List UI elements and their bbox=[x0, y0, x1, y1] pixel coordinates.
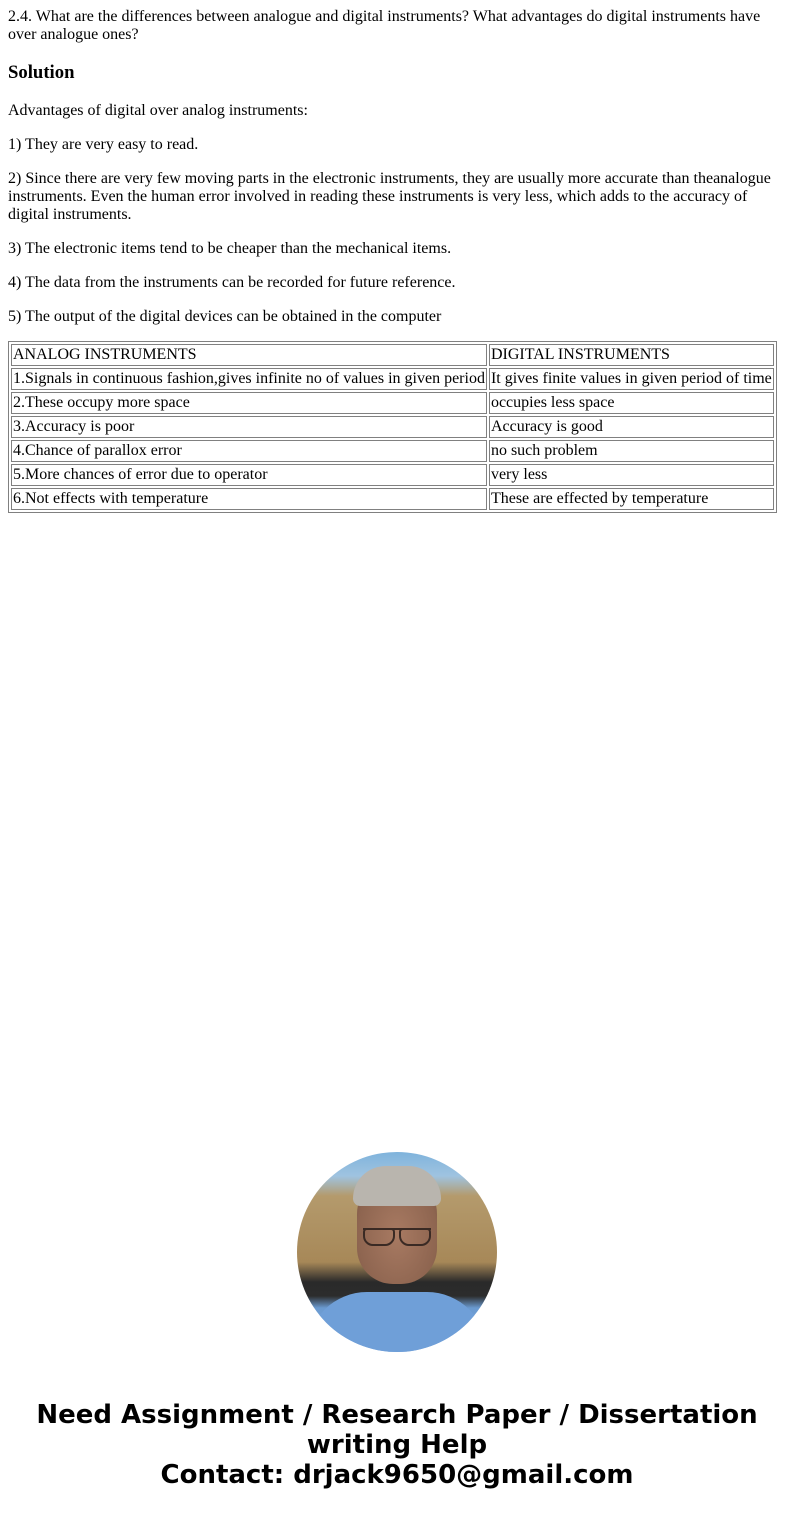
analog-cell: 2.These occupy more space bbox=[11, 392, 487, 414]
digital-cell: Accuracy is good bbox=[489, 416, 774, 438]
table-header-row: ANALOG INSTRUMENTS DIGITAL INSTRUMENTS bbox=[11, 344, 774, 366]
promo-line-1: Need Assignment / Research Paper / Disse… bbox=[0, 1400, 794, 1430]
header-digital: DIGITAL INSTRUMENTS bbox=[489, 344, 774, 366]
table-row: 6.Not effects with temperature These are… bbox=[11, 488, 774, 510]
advantage-item: 5) The output of the digital devices can… bbox=[8, 308, 786, 326]
analog-cell: 3.Accuracy is poor bbox=[11, 416, 487, 438]
analog-cell: 5.More chances of error due to operator bbox=[11, 464, 487, 486]
header-analog: ANALOG INSTRUMENTS bbox=[11, 344, 487, 366]
advantage-item: 1) They are very easy to read. bbox=[8, 136, 786, 154]
table-row: 4.Chance of parallox error no such probl… bbox=[11, 440, 774, 462]
table-row: 2.These occupy more space occupies less … bbox=[11, 392, 774, 414]
avatar-hair bbox=[353, 1166, 441, 1206]
digital-cell: It gives finite values in given period o… bbox=[489, 368, 774, 390]
comparison-table: ANALOG INSTRUMENTS DIGITAL INSTRUMENTS 1… bbox=[8, 341, 777, 513]
promo-text: Need Assignment / Research Paper / Disse… bbox=[0, 1400, 794, 1490]
digital-cell: These are effected by temperature bbox=[489, 488, 774, 510]
advantages-intro: Advantages of digital over analog instru… bbox=[8, 102, 786, 120]
document-body: 2.4. What are the differences between an… bbox=[0, 0, 794, 513]
promo-banner: Need Assignment / Research Paper / Disse… bbox=[0, 1152, 794, 1490]
question-text: 2.4. What are the differences between an… bbox=[8, 8, 786, 44]
tutor-avatar bbox=[297, 1152, 497, 1352]
avatar-shirt bbox=[307, 1292, 487, 1352]
solution-heading: Solution bbox=[8, 62, 786, 84]
table-row: 5.More chances of error due to operator … bbox=[11, 464, 774, 486]
analog-cell: 4.Chance of parallox error bbox=[11, 440, 487, 462]
analog-cell: 1.Signals in continuous fashion,gives in… bbox=[11, 368, 487, 390]
promo-line-2: writing Help bbox=[0, 1430, 794, 1460]
advantage-item: 4) The data from the instruments can be … bbox=[8, 274, 786, 292]
advantage-item: 2) Since there are very few moving parts… bbox=[8, 170, 786, 224]
digital-cell: very less bbox=[489, 464, 774, 486]
digital-cell: no such problem bbox=[489, 440, 774, 462]
digital-cell: occupies less space bbox=[489, 392, 774, 414]
promo-contact: Contact: drjack9650@gmail.com bbox=[0, 1460, 794, 1490]
analog-cell: 6.Not effects with temperature bbox=[11, 488, 487, 510]
table-row: 3.Accuracy is poor Accuracy is good bbox=[11, 416, 774, 438]
table-row: 1.Signals in continuous fashion,gives in… bbox=[11, 368, 774, 390]
avatar-glasses bbox=[363, 1228, 431, 1244]
advantage-item: 3) The electronic items tend to be cheap… bbox=[8, 240, 786, 258]
